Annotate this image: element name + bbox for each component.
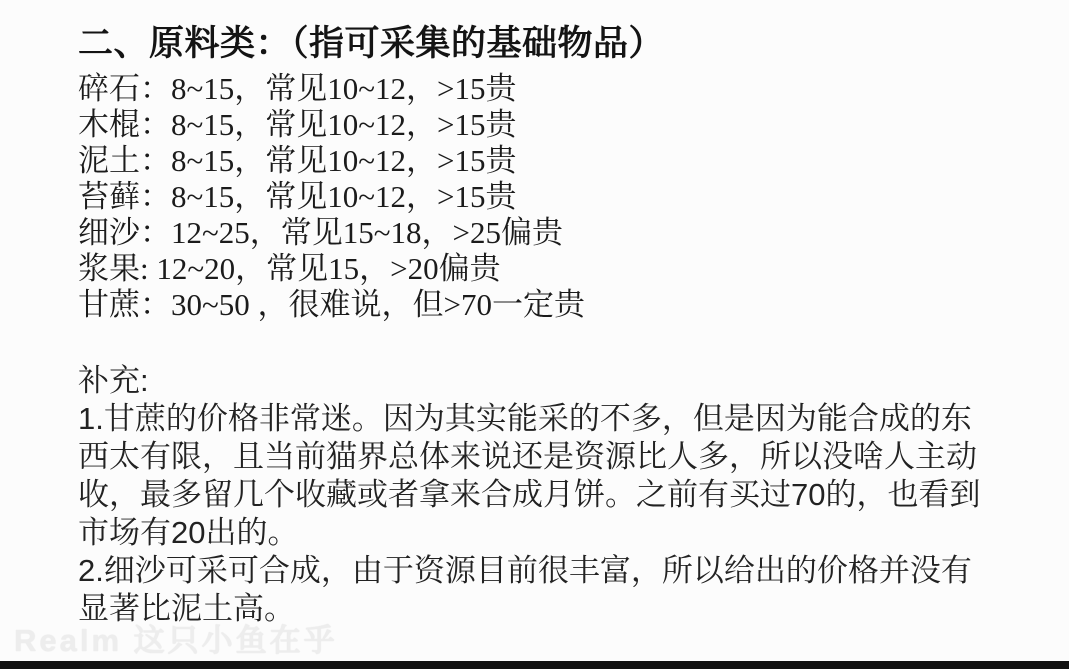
price-line-mugun: 木棍：8~15，常见10~12，>15贵 — [78, 107, 1029, 143]
document-page: 二、原料类：（指可采集的基础物品） 碎石：8~15，常见10~12，>15贵 木… — [0, 0, 1069, 669]
price-line-taixian: 苔藓：8~15，常见10~12，>15贵 — [78, 179, 1029, 215]
price-line-nitu: 泥土：8~15，常见10~12，>15贵 — [78, 143, 1029, 179]
watermark: Realm 这只小鱼在乎 — [14, 615, 338, 660]
supplement-heading: 补充: — [78, 362, 989, 400]
supplement-note-1: 1.甘蔗的价格非常迷。因为其实能采的不多，但是因为能合成的东西太有限，且当前猫界… — [78, 400, 989, 552]
price-list: 碎石：8~15，常见10~12，>15贵 木棍：8~15，常见10~12，>15… — [78, 71, 1029, 323]
page-title: 二、原料类：（指可采集的基础物品） — [78, 24, 1029, 64]
price-line-ganzhe: 甘蔗：30~50 ，很难说，但>70一定贵 — [78, 287, 1029, 323]
bottom-black-bar — [0, 661, 1069, 669]
price-line-suishi: 碎石：8~15，常见10~12，>15贵 — [78, 71, 1029, 107]
price-line-jiangguo: 浆果: 12~20，常见15，>20偏贵 — [78, 251, 1029, 287]
document-content: 二、原料类：（指可采集的基础物品） 碎石：8~15，常见10~12，>15贵 木… — [78, 24, 1029, 628]
supplement-section: 补充: 1.甘蔗的价格非常迷。因为其实能采的不多，但是因为能合成的东西太有限，且… — [78, 362, 989, 628]
price-line-xisha: 细沙：12~25，常见15~18，>25偏贵 — [78, 215, 1029, 251]
